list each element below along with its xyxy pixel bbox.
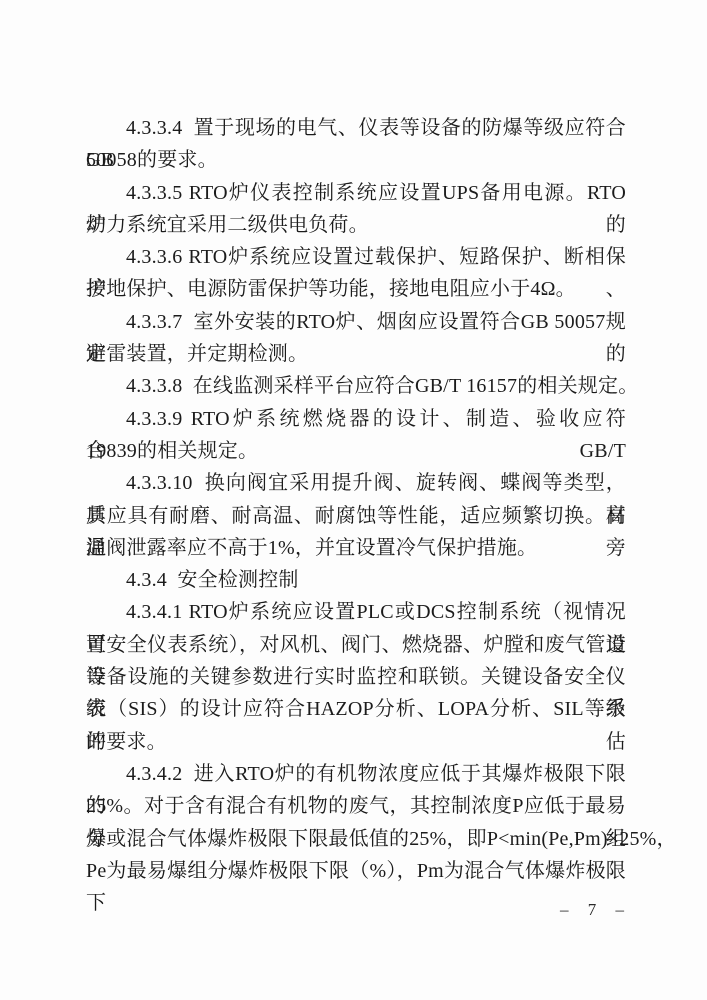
paragraph: 4.3.3.9 RTO炉系统燃烧器的设计、制造、验收应符合 GB/T19839的…: [86, 403, 626, 468]
text-line: 接地保护、电源防雷保护等功能，接地电阻应小于4Ω。: [86, 273, 626, 305]
text-line: Pe为最易爆组分爆炸极限下限（%），Pm为混合气体爆炸极限下: [86, 855, 626, 887]
document-text-body: 4.3.3.4 置于现场的电气、仪表等设备的防爆等级应符合GB50058的要求。…: [86, 112, 626, 887]
text-line: 统（SIS）的设计应符合HAZOP分析、LOPA分析、SIL等级评估: [86, 693, 626, 725]
paragraph: 4.3.4.1 RTO炉系统应设置PLC或DCS控制系统（视情况可设置安全仪表系…: [86, 596, 626, 757]
text-line: 50058的要求。: [86, 144, 626, 176]
paragraph: 4.3.3.4 置于现场的电气、仪表等设备的防爆等级应符合GB50058的要求。: [86, 112, 626, 177]
paragraph: 4.3.4 安全检测控制: [86, 564, 626, 596]
text-line: 4.3.3.8 在线监测采样平台应符合GB/T 16157的相关规定。: [86, 370, 626, 402]
page-number: – 7 –: [560, 900, 660, 920]
text-line: 4.3.3.7 室外安装的RTO炉、烟囱应设置符合GB 50057规定的: [86, 306, 626, 338]
text-line: 4.3.3.5 RTO炉仪表控制系统应设置UPS备用电源。RTO炉的: [86, 177, 626, 209]
text-line: 4.3.3.9 RTO炉系统燃烧器的设计、制造、验收应符合 GB/T: [86, 403, 626, 435]
document-page: 4.3.3.4 置于现场的电气、仪表等设备的防爆等级应符合GB50058的要求。…: [0, 0, 707, 1000]
paragraph: 4.3.4.2 进入RTO炉的有机物浓度应低于其爆炸极限下限的25%。对于含有混…: [86, 758, 626, 887]
text-line: 设备设施的关键参数进行实时监控和联锁。关键设备安全仪表系: [86, 661, 626, 693]
text-line: 4.3.3.10 换向阀宜采用提升阀、旋转阀、蝶阀等类型，其材: [86, 467, 626, 499]
text-line: 4.3.4 安全检测控制: [86, 564, 626, 596]
paragraph: 4.3.3.7 室外安装的RTO炉、烟囱应设置符合GB 50057规定的避雷装置…: [86, 306, 626, 371]
text-line: 分或混合气体爆炸极限下限最低值的25%，即P<min(Pe,Pm)×25%，: [86, 823, 626, 855]
text-line: 4.3.3.4 置于现场的电气、仪表等设备的防爆等级应符合GB: [86, 112, 626, 144]
text-line: 4.3.4.2 进入RTO炉的有机物浓度应低于其爆炸极限下限的: [86, 758, 626, 790]
paragraph: 4.3.3.8 在线监测采样平台应符合GB/T 16157的相关规定。: [86, 370, 626, 402]
paragraph: 4.3.3.10 换向阀宜采用提升阀、旋转阀、蝶阀等类型，其材质应具有耐磨、耐高…: [86, 467, 626, 564]
text-line: 质应具有耐磨、耐高温、耐腐蚀等性能，适应频繁切换。高温旁: [86, 500, 626, 532]
text-line: 置安全仪表系统），对风机、阀门、燃烧器、炉膛和废气管道等: [86, 629, 626, 661]
text-line: 4.3.4.1 RTO炉系统应设置PLC或DCS控制系统（视情况可设: [86, 596, 626, 628]
paragraph: 4.3.3.6 RTO炉系统应设置过载保护、短路保护、断相保护、接地保护、电源防…: [86, 241, 626, 306]
text-line: 25%。对于含有混合有机物的废气，其控制浓度P应低于最易爆组: [86, 790, 626, 822]
text-line: 4.3.3.6 RTO炉系统应设置过载保护、短路保护、断相保护、: [86, 241, 626, 273]
paragraph: 4.3.3.5 RTO炉仪表控制系统应设置UPS备用电源。RTO炉的动力系统宜采…: [86, 177, 626, 242]
